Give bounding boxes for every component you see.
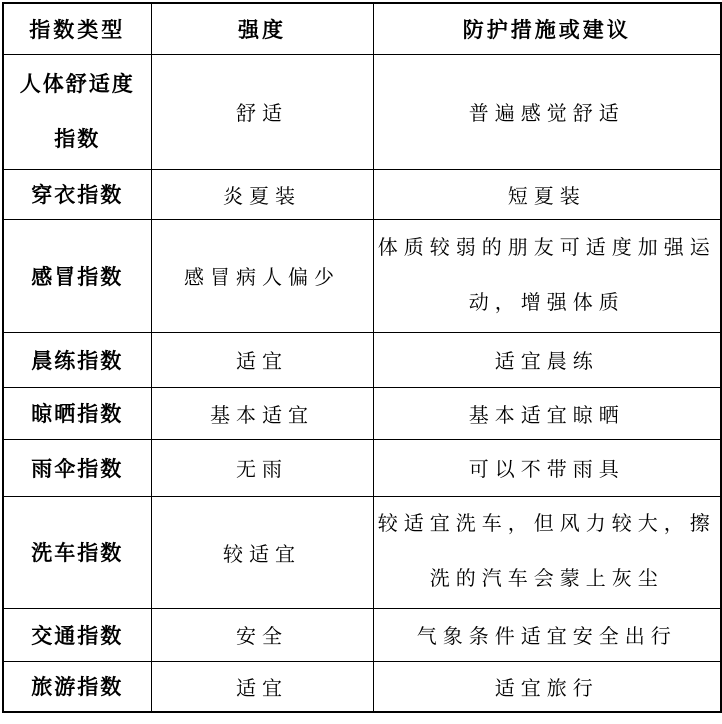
- cell-strength: 无雨: [151, 439, 373, 496]
- cell-index-type: 晨练指数: [3, 332, 151, 387]
- table-row: 旅游指数 适宜 适宜旅行: [3, 661, 721, 712]
- cell-index-type: 穿衣指数: [3, 169, 151, 219]
- cell-strength: 感冒病人偏少: [151, 219, 373, 332]
- cell-index-type: 人体舒适度 指数: [3, 54, 151, 169]
- cell-strength: 安全: [151, 608, 373, 661]
- cell-index-type: 晾晒指数: [3, 387, 151, 439]
- table-header-row: 指数类型 强度 防护措施或建议: [3, 3, 721, 54]
- cell-advice: 适宜晨练: [373, 332, 721, 387]
- cell-strength: 舒适: [151, 54, 373, 169]
- cell-advice: 短夏装: [373, 169, 721, 219]
- cell-index-type: 交通指数: [3, 608, 151, 661]
- cell-advice: 较适宜洗车，但风力较大，擦 洗的汽车会蒙上灰尘: [373, 496, 721, 608]
- header-advice: 防护措施或建议: [373, 3, 721, 54]
- cell-strength: 适宜: [151, 332, 373, 387]
- table-row: 穿衣指数 炎夏装 短夏装: [3, 169, 721, 219]
- weather-index-table: 指数类型 强度 防护措施或建议 人体舒适度 指数 舒适 普遍感觉舒适 穿衣指数 …: [2, 2, 722, 713]
- table-row: 感冒指数 感冒病人偏少 体质较弱的朋友可适度加强运 动，增强体质: [3, 219, 721, 332]
- header-strength: 强度: [151, 3, 373, 54]
- cell-index-type: 雨伞指数: [3, 439, 151, 496]
- cell-index-type: 旅游指数: [3, 661, 151, 712]
- cell-index-type: 感冒指数: [3, 219, 151, 332]
- header-index-type: 指数类型: [3, 3, 151, 54]
- table-row: 交通指数 安全 气象条件适宜安全出行: [3, 608, 721, 661]
- cell-advice: 适宜旅行: [373, 661, 721, 712]
- cell-advice: 基本适宜晾晒: [373, 387, 721, 439]
- cell-index-type: 洗车指数: [3, 496, 151, 608]
- table-row: 晾晒指数 基本适宜 基本适宜晾晒: [3, 387, 721, 439]
- cell-strength: 适宜: [151, 661, 373, 712]
- cell-advice: 气象条件适宜安全出行: [373, 608, 721, 661]
- table-row: 洗车指数 较适宜 较适宜洗车，但风力较大，擦 洗的汽车会蒙上灰尘: [3, 496, 721, 608]
- table-row: 雨伞指数 无雨 可以不带雨具: [3, 439, 721, 496]
- cell-strength: 炎夏装: [151, 169, 373, 219]
- cell-strength: 基本适宜: [151, 387, 373, 439]
- cell-advice: 体质较弱的朋友可适度加强运 动，增强体质: [373, 219, 721, 332]
- cell-advice: 普遍感觉舒适: [373, 54, 721, 169]
- cell-strength: 较适宜: [151, 496, 373, 608]
- cell-advice: 可以不带雨具: [373, 439, 721, 496]
- table-row: 人体舒适度 指数 舒适 普遍感觉舒适: [3, 54, 721, 169]
- table-row: 晨练指数 适宜 适宜晨练: [3, 332, 721, 387]
